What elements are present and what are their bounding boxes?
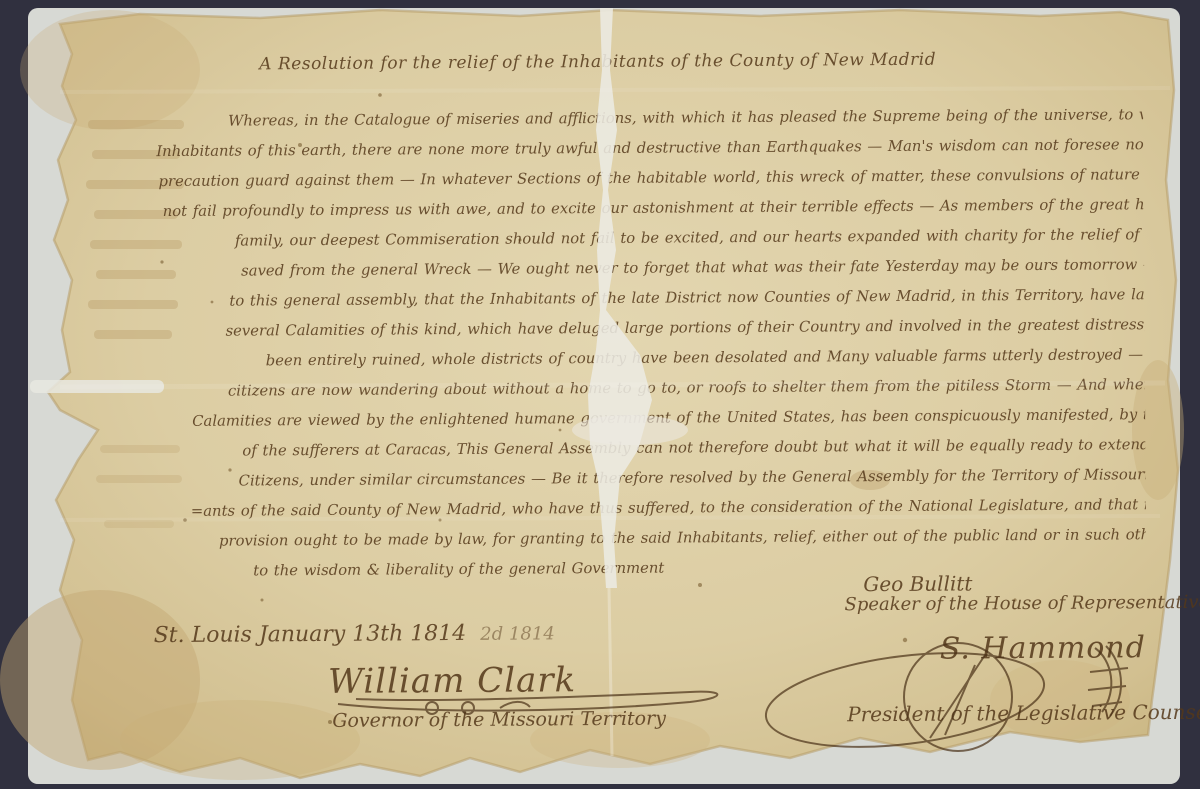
signature-title-president: President of the Legislative Counsel (847, 700, 1200, 727)
signature-title-speaker: Speaker of the House of Representatives (844, 592, 1200, 616)
dateline-main: St. Louis January 13th 1814 (154, 621, 467, 648)
dateline-amendment: 2d 1814 (466, 623, 555, 645)
signature-title-governor: Governor of the Missouri Territory (332, 708, 666, 732)
document-body: Whereas, in the Catalogue of miseries an… (128, 100, 1146, 587)
signature-s-hammond: S. Hammond (940, 630, 1146, 666)
manuscript-line: to the wisdom & liberality of the genera… (131, 550, 1146, 587)
signature-william-clark: William Clark (328, 660, 576, 702)
dateline: St. Louis January 13th 18142d 1814 (154, 620, 555, 648)
manuscript-text-layer: A Resolution for the relief of the Inhab… (0, 0, 1200, 789)
document-photo: A Resolution for the relief of the Inhab… (0, 0, 1200, 789)
document-title: A Resolution for the relief of the Inhab… (0, 48, 1198, 76)
signature-geo-bullitt: Geo Bullitt (863, 571, 972, 596)
